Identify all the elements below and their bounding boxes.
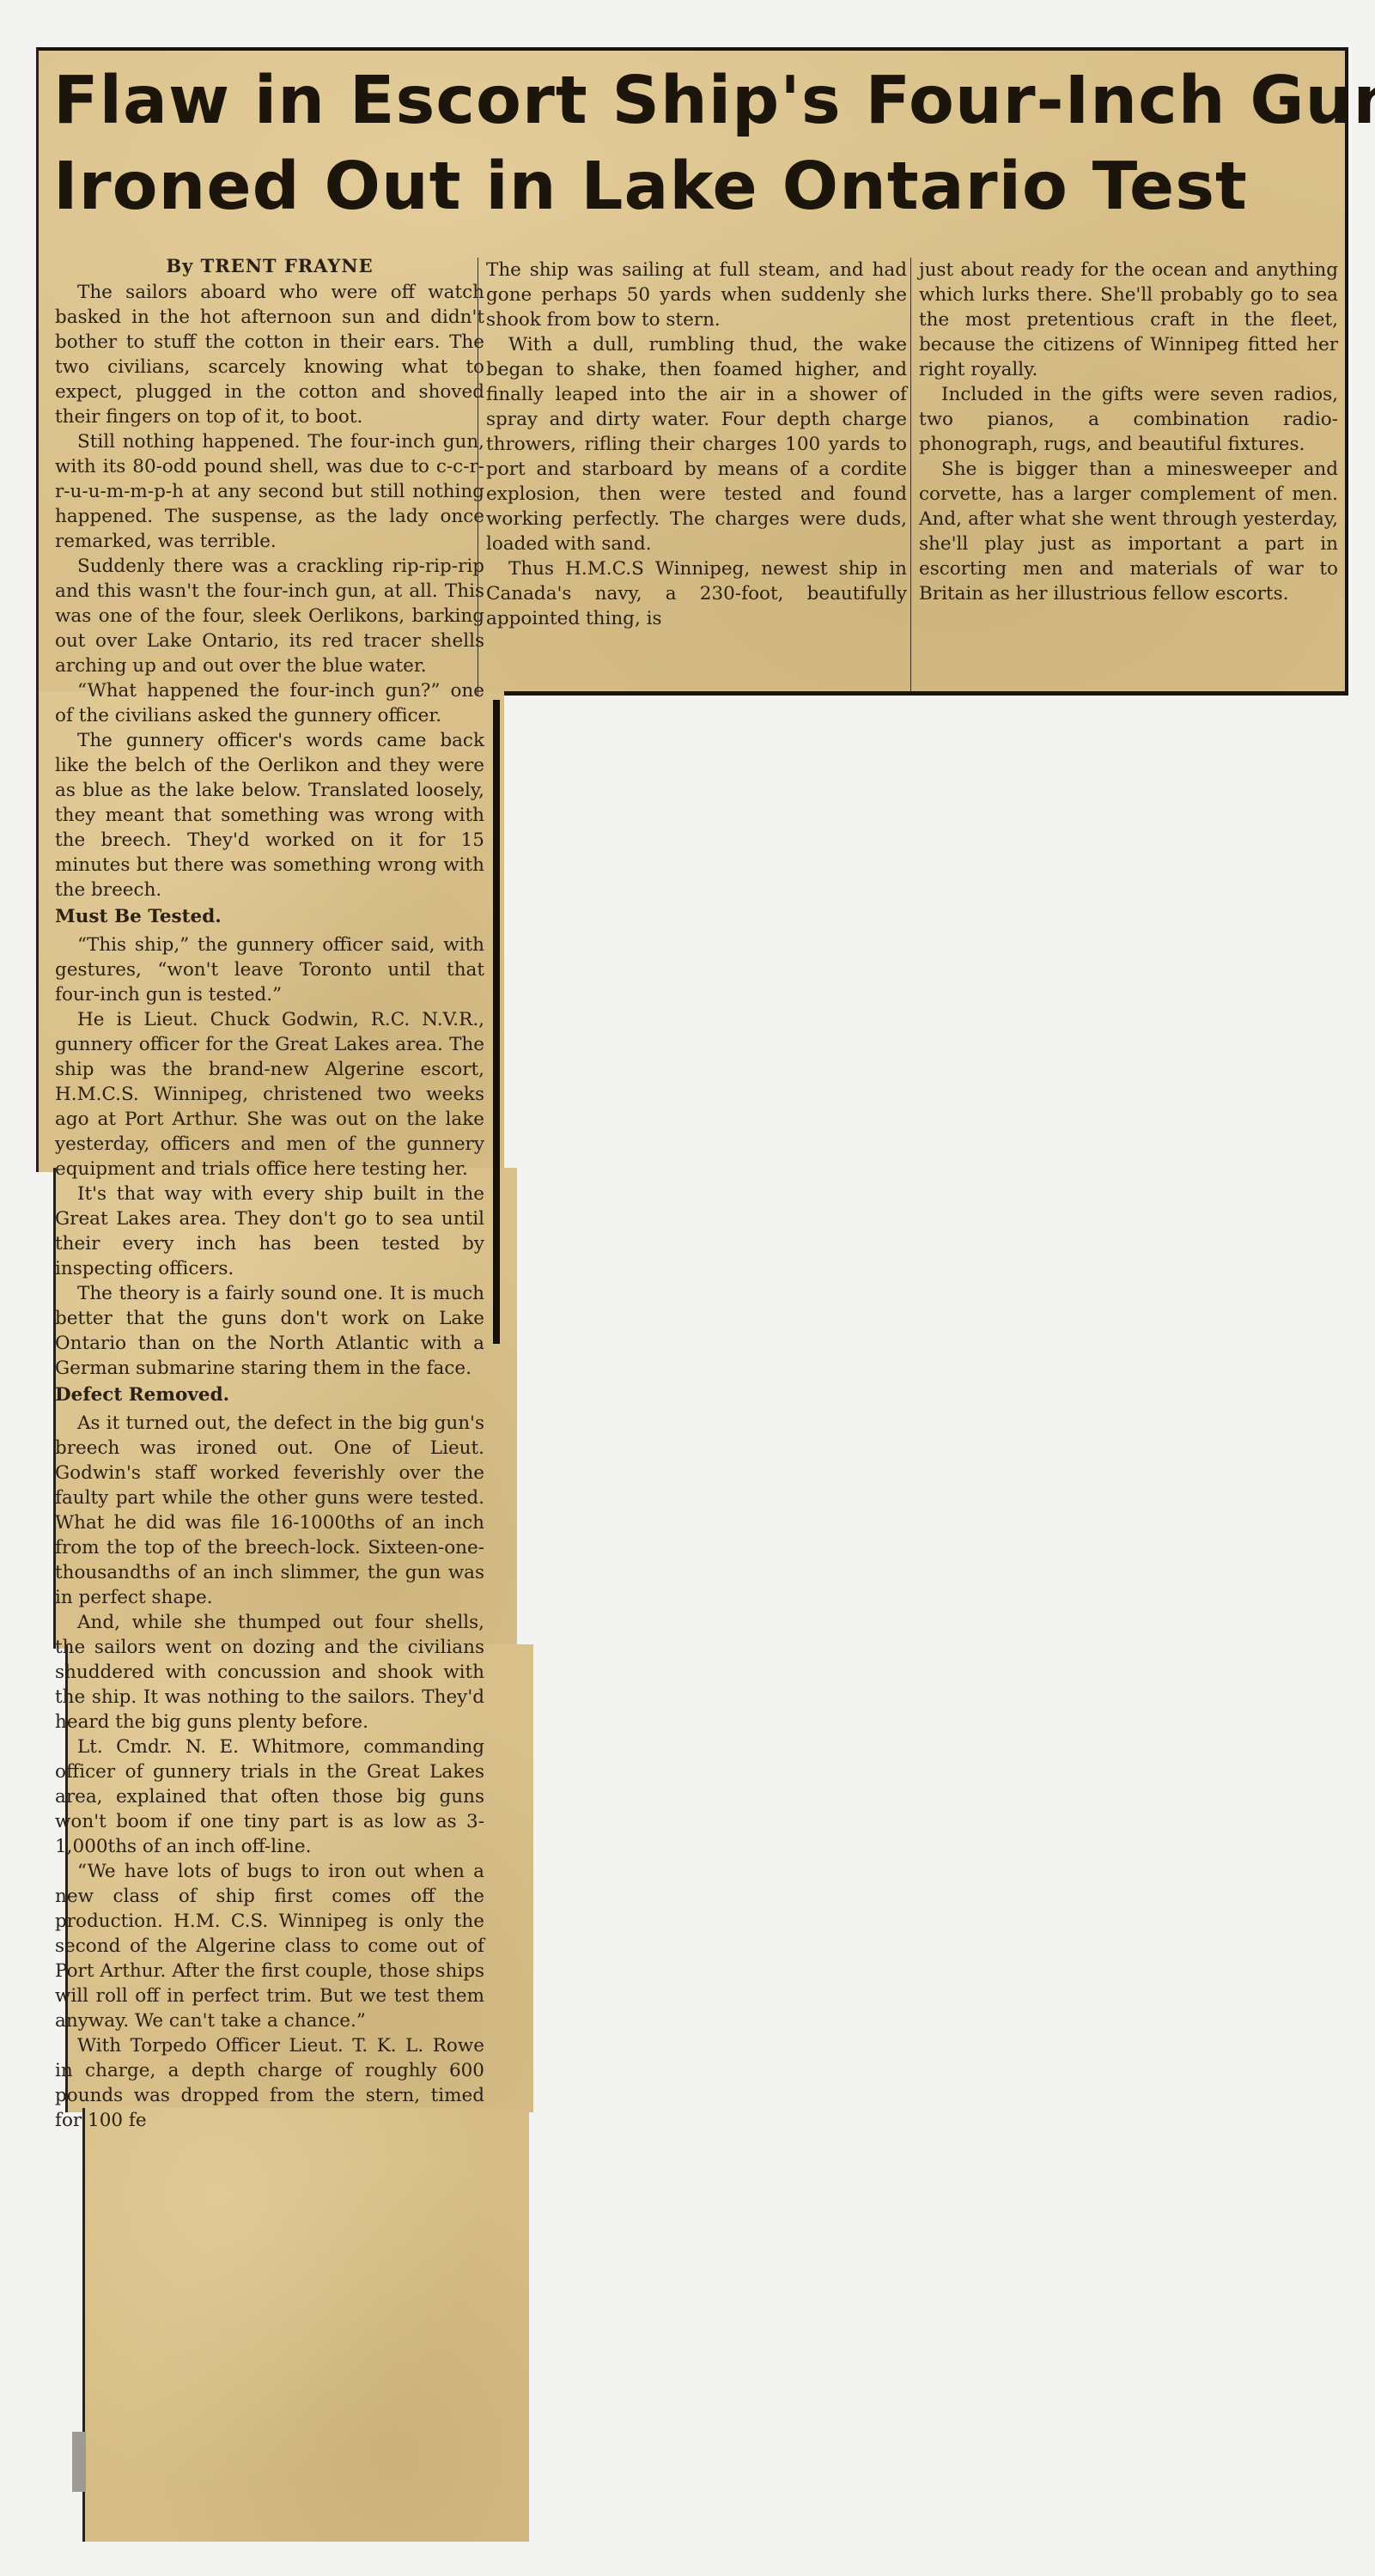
clipping-strip-bottom [82,2108,529,2542]
headline-line-2: Ironed Out in Lake Ontario Test [53,144,1333,230]
paragraph: Lt. Cmdr. N. E. Whitmore, commanding off… [55,1735,484,1859]
byline: By TRENT FRAYNE [55,253,484,278]
paragraph: Suddenly there was a crackling rip-rip-r… [55,554,484,678]
subheading: Defect Removed. [55,1382,484,1407]
paragraph: Included in the gifts were seven radios,… [919,382,1338,457]
clipping-edge-shadow [493,700,500,1344]
paragraph: “This ship,” the gunnery officer said, w… [55,933,484,1007]
paragraph: The sailors aboard who were off watch ba… [55,280,484,429]
headline: Flaw in Escort Ship's Four-Inch Gun Iron… [53,58,1333,230]
paragraph: With Torpedo Officer Lieut. T. K. L. Row… [55,2033,484,2133]
paragraph: And, while she thumped out four shells, … [55,1610,484,1735]
paragraph: The gunnery officer's words came back li… [55,728,484,902]
paragraph: As it turned out, the defect in the big … [55,1411,484,1610]
paragraph: She is bigger than a minesweeper and cor… [919,457,1338,606]
paragraph: Thus H.M.C.S Winnipeg, newest ship in Ca… [486,556,907,631]
torn-corner [72,2432,86,2492]
subheading: Must Be Tested. [55,904,484,929]
paragraph: just about ready for the ocean and anyth… [919,258,1338,382]
paragraph: The ship was sailing at full steam, and … [486,258,907,332]
article-column-1: By TRENT FRAYNE The sailors aboard who w… [55,253,484,2133]
headline-line-1: Flaw in Escort Ship's Four-Inch Gun [53,58,1333,144]
article-column-3: just about ready for the ocean and anyth… [919,258,1338,606]
article-column-2: The ship was sailing at full steam, and … [486,258,907,631]
paragraph: The theory is a fairly sound one. It is … [55,1281,484,1381]
paragraph: He is Lieut. Chuck Godwin, R.C. N.V.R., … [55,1007,484,1182]
paragraph: It's that way with every ship built in t… [55,1182,484,1281]
column-rule [910,258,911,691]
paragraph: “What happened the four-inch gun?” one o… [55,678,484,728]
paragraph: With a dull, rumbling thud, the wake beg… [486,332,907,556]
paragraph: Still nothing happened. The four-inch gu… [55,429,484,554]
paragraph: “We have lots of bugs to iron out when a… [55,1859,484,2033]
